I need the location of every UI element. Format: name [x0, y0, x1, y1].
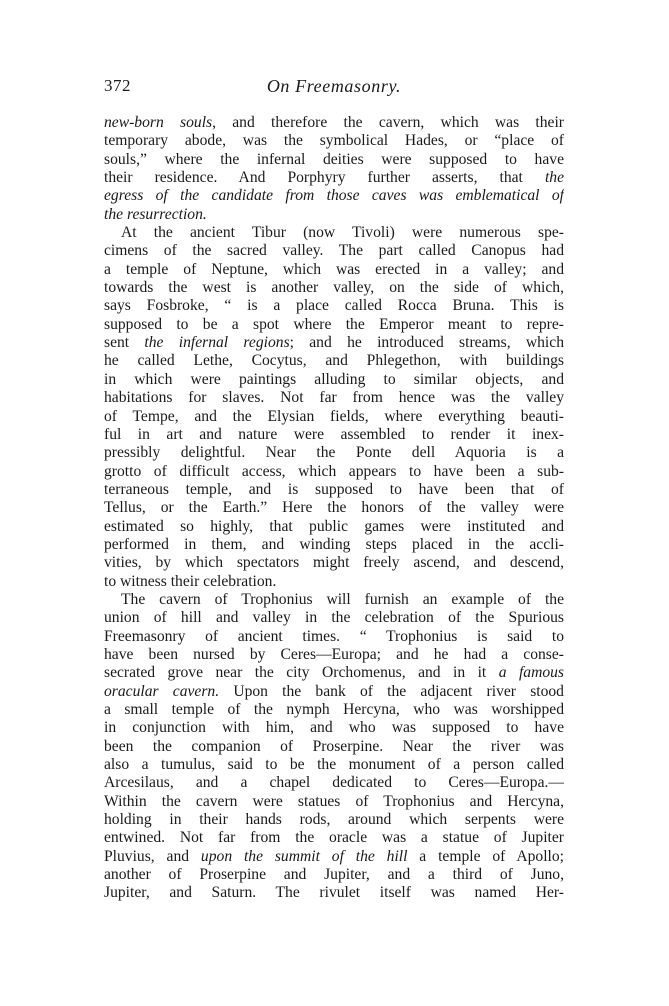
text-segment: ful in art and nature were assembled to … — [104, 426, 564, 443]
text-line: At the ancient Tibur (now Tivoli) were n… — [104, 224, 564, 242]
text-line: holding in their hands rods, around whic… — [104, 811, 564, 829]
text-line: supposed to be a spot where the Emperor … — [104, 316, 564, 334]
text-segment: a temple of Neptune, which was erected i… — [104, 261, 564, 278]
text-segment: sent — [104, 334, 144, 351]
text-line: he called Lethe, Cocytus, and Phlegethon… — [104, 352, 564, 370]
text-line: ful in art and nature were assembled to … — [104, 426, 564, 444]
text-line: in conjunction with him, and who was sup… — [104, 719, 564, 737]
text-segment: union of hill and valley in the celebrat… — [104, 609, 564, 626]
text-segment: supposed to be a spot where the Emperor … — [104, 316, 564, 333]
text-segment: in which were paintings alluding to simi… — [104, 371, 564, 388]
text-segment: Arcesilaus, and a chapel dedicated to Ce… — [104, 774, 564, 791]
italic-text: upon the summit of the hill — [201, 848, 408, 865]
text-line: their residence. And Porphyry further as… — [104, 169, 564, 187]
text-segment: he called Lethe, Cocytus, and Phlegethon… — [104, 352, 564, 369]
text-line: says Fosbroke, “ is a place called Rocca… — [104, 297, 564, 315]
text-line: new-born souls, and therefore the cavern… — [104, 114, 564, 132]
text-segment: Within the cavern were statues of Tropho… — [104, 793, 564, 810]
text-segment: At the ancient Tibur (now Tivoli) were n… — [121, 224, 564, 241]
text-segment: secrated grove near the city Orchomenus,… — [104, 664, 499, 681]
text-line: a temple of Neptune, which was erected i… — [104, 261, 564, 279]
text-line: Pluvius, and upon the summit of the hill… — [104, 848, 564, 866]
text-segment: souls,” where the infernal deities were … — [104, 151, 564, 168]
italic-text: egress of the candidate from those caves… — [104, 187, 564, 204]
text-line: grotto of difficult access, which appear… — [104, 463, 564, 481]
text-line: union of hill and valley in the celebrat… — [104, 609, 564, 627]
text-line: towards the west is another valley, on t… — [104, 279, 564, 297]
text-line: the resurrection. — [104, 206, 564, 224]
italic-text: the resurrection. — [104, 206, 207, 223]
text-segment: cimens of the sacred valley. The part ca… — [104, 242, 564, 259]
text-segment: a temple of Apollo; — [407, 848, 564, 865]
text-line: of Tempe, and the Elysian fields, where … — [104, 408, 564, 426]
text-line: Jupiter, and Saturn. The rivulet itself … — [104, 884, 564, 902]
text-segment: ; and he introduced streams, which — [290, 334, 564, 351]
text-line: cimens of the sacred valley. The part ca… — [104, 242, 564, 260]
text-line: Arcesilaus, and a chapel dedicated to Ce… — [104, 774, 564, 792]
text-segment: estimated so highly, that public games w… — [104, 518, 564, 535]
text-line: habitations for slaves. Not far from hen… — [104, 389, 564, 407]
text-line: Within the cavern were statues of Tropho… — [104, 793, 564, 811]
text-line: a small temple of the nymph Hercyna, who… — [104, 701, 564, 719]
text-line: temporary abode, was the symbolical Hade… — [104, 132, 564, 150]
page-header: 372 On Freemasonry. — [104, 76, 564, 98]
text-segment: pressibly delightful. Near the Ponte del… — [104, 444, 564, 461]
text-segment: terraneous temple, and is supposed to ha… — [104, 481, 564, 498]
text-line: performed in them, and winding steps pla… — [104, 536, 564, 554]
text-line: Freemasonry of ancient times. “ Trophoni… — [104, 628, 564, 646]
text-segment: of Tempe, and the Elysian fields, where … — [104, 408, 564, 425]
text-segment: holding in their hands rods, around whic… — [104, 811, 564, 828]
text-segment: habitations for slaves. Not far from hen… — [104, 389, 564, 406]
text-line: oracular cavern. Upon the bank of the ad… — [104, 683, 564, 701]
text-segment: been the companion of Proserpine. Near t… — [104, 738, 564, 755]
text-line: Tellus, or the Earth.” Here the honors o… — [104, 499, 564, 517]
text-line: egress of the candidate from those caves… — [104, 187, 564, 205]
text-line: have been nursed by Ceres—Europa; and he… — [104, 646, 564, 664]
text-segment: Pluvius, and — [104, 848, 201, 865]
text-segment: temporary abode, was the symbolical Hade… — [104, 132, 564, 149]
text-segment: Jupiter, and Saturn. The rivulet itself … — [104, 884, 564, 901]
italic-text: the — [545, 169, 564, 186]
text-line: pressibly delightful. Near the Ponte del… — [104, 444, 564, 462]
text-segment: their residence. And Porphyry further as… — [104, 169, 545, 186]
italic-text: the infernal regions — [144, 334, 289, 351]
text-line: souls,” where the infernal deities were … — [104, 151, 564, 169]
text-line: terraneous temple, and is supposed to ha… — [104, 481, 564, 499]
text-line: been the companion of Proserpine. Near t… — [104, 738, 564, 756]
italic-text: new-born souls — [104, 114, 212, 131]
text-segment: in conjunction with him, and who was sup… — [104, 719, 564, 736]
text-segment: a small temple of the nymph Hercyna, who… — [104, 701, 564, 718]
text-segment: grotto of difficult access, which appear… — [104, 463, 564, 480]
text-line: sent the infernal regions; and he introd… — [104, 334, 564, 352]
text-line: entwined. Not far from the oracle was a … — [104, 829, 564, 847]
text-segment: Freemasonry of ancient times. “ Trophoni… — [104, 628, 564, 645]
text-line: secrated grove near the city Orchomenus,… — [104, 664, 564, 682]
italic-text: a famous — [499, 664, 564, 681]
text-line: to witness their celebration. — [104, 573, 564, 591]
text-segment: also a tumulus, said to be the monument … — [104, 756, 564, 773]
text-segment: Upon the bank of the adjacent river stoo… — [219, 683, 564, 700]
text-segment: towards the west is another valley, on t… — [104, 279, 564, 296]
text-line: another of Proserpine and Jupiter, and a… — [104, 866, 564, 884]
body-text: new-born souls, and therefore the cavern… — [104, 114, 564, 903]
text-segment: performed in them, and winding steps pla… — [104, 536, 564, 553]
text-segment: to witness their celebration. — [104, 573, 276, 590]
text-segment: The cavern of Trophonius will furnish an… — [121, 591, 564, 608]
text-line: The cavern of Trophonius will furnish an… — [104, 591, 564, 609]
text-line: estimated so highly, that public games w… — [104, 518, 564, 536]
text-segment: entwined. Not far from the oracle was a … — [104, 829, 564, 846]
text-line: vities, by which spectators might freely… — [104, 554, 564, 572]
text-segment: Tellus, or the Earth.” Here the honors o… — [104, 499, 564, 516]
text-line: also a tumulus, said to be the monument … — [104, 756, 564, 774]
text-segment: says Fosbroke, “ is a place called Rocca… — [104, 297, 564, 314]
text-segment: another of Proserpine and Jupiter, and a… — [104, 866, 564, 883]
italic-text: oracular cavern. — [104, 683, 219, 700]
text-segment: , and therefore the cavern, which was th… — [212, 114, 564, 131]
text-line: in which were paintings alluding to simi… — [104, 371, 564, 389]
text-segment: have been nursed by Ceres—Europa; and he… — [104, 646, 564, 663]
text-segment: vities, by which spectators might freely… — [104, 554, 564, 571]
running-title: On Freemasonry. — [104, 76, 564, 97]
